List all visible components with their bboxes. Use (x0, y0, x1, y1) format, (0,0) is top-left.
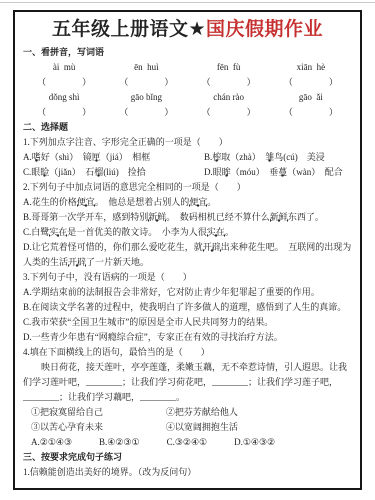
answer-bracket: （ ） (23, 105, 105, 120)
q1-option-row: A.嗜好（shì） 镜匣（jiá） 相框 B.榨取（zhà） 雏鸟(cú) 美浸 (23, 150, 352, 165)
pinyin-text: ēn huì (105, 60, 187, 75)
q4-item-2: ②把芬芳献给他人 (166, 405, 238, 420)
q4-answer-d: D.①④③② (234, 435, 275, 450)
q1-option-c: C.眼睑（jiǎn） 石榴(liú) 捡拾 (23, 165, 204, 180)
q4-answer-a: A.②①④③ (31, 435, 72, 450)
answer-bracket: （ ） (105, 75, 187, 90)
q4-stem: 4.填在下面横线上的语句，最恰当的是（ ） (23, 345, 352, 360)
page-top-divider (0, 2, 375, 3)
q3-option-a: A.学期结束前的法制报告会非常好，它对防止青少年犯罪起了重要的作用。 (23, 285, 352, 300)
q4-item-3: ③以苦心孕育未来 (31, 420, 166, 435)
section-choice-heading: 二、选择题 (23, 120, 352, 135)
q3-option-b: B.在阅读文学名著的过程中，使我明白了许多做人的道理，感悟到了人生的真谛。 (23, 300, 352, 315)
q4-answer-b: B.④②③① (99, 435, 140, 450)
q1-stem: 1.下列加点字注音、字形完全正确的一项是（ ） (23, 135, 352, 150)
section-pinyin-heading: 一、看拼音，写词语 (23, 45, 352, 60)
worksheet-frame: 五年级上册语文★国庆假期作业 一、看拼音，写词语 ài mù ēn huì fē… (13, 10, 362, 490)
pinyin-text: gāo bǐng (105, 90, 187, 105)
q3-stem: 3.下列句子中，没有语病的一项是（ ） (23, 270, 352, 285)
q3-option-d: D.一些青少年患有“网瘾综合症”，专家正在有效的寻找治疗方法。 (23, 330, 352, 345)
worksheet-page: 五年级上册语文★国庆假期作业 一、看拼音，写词语 ài mù ēn huì fē… (0, 0, 375, 500)
q2-stem: 2.下列句子中加点词语的意思完全相同的一项是（ ） (23, 180, 352, 195)
q4-item-row: ③以苦心孕育未来 ④以宽阔拥抱生活 (23, 420, 352, 435)
pinyin-grid: ài mù ēn huì fēn fù xiān hè （ ） （ ） （ ） … (23, 60, 352, 120)
q4-answer-row: A.②①④③ B.④②③① C.③②④① D.①④③② (23, 435, 352, 450)
q1-option-row: C.眼睑（jiǎn） 石榴(liú) 捡拾 D.眼眸（móu） 垂蔓（wàn） … (23, 165, 352, 180)
q2-option-c: C.白鹭实在是一首优美的散文诗。 小李为人很实在。 (23, 225, 352, 240)
sentence-item-1: 1.信赖能创造出美好的境界。（改为反问句） (23, 465, 352, 480)
q4-item-1: ①把寂寞留给自己 (31, 405, 166, 420)
q3-option-c: C.我市荣获“全国卫生城市”的原因是全市人民共同努力的结果。 (23, 315, 352, 330)
pinyin-text: chán rào (188, 90, 270, 105)
q1-option-d: D.眼眸（móu） 垂蔓（wàn） 配合 (204, 165, 343, 180)
pinyin-text: fēn fù (188, 60, 270, 75)
answer-bracket: （ ） (270, 105, 352, 120)
pinyin-text: ài mù (23, 60, 105, 75)
q4-answer-c: C.③②④① (167, 435, 208, 450)
q2-option-d: D.让它荒着怪可惜的，你们那么爱吃花生，就开辟出来种花生吧。 互联网的出现为人类… (23, 240, 352, 270)
pinyin-text: xiān hè (270, 60, 352, 75)
q4-passage: 映日荷花，接天莲叶，亭亭莲蓬，柔嫩玉藕，无不牵惹诗情，引人遐思。让我们学习莲叶吧… (23, 360, 352, 405)
answer-bracket: （ ） (23, 75, 105, 90)
q1-option-b: B.榨取（zhà） 雏鸟(cú) 美浸 (204, 150, 325, 165)
answer-bracket: （ ） (270, 75, 352, 90)
page-title: 五年级上册语文★国庆假期作业 (23, 18, 352, 41)
answer-bracket: （ ） (105, 105, 187, 120)
answer-bracket: （ ） (188, 105, 270, 120)
pinyin-text: gāo ǎi (270, 90, 352, 105)
answer-bracket: （ ） (188, 75, 270, 90)
title-course-part: 五年级上册语文★ (52, 18, 206, 40)
q1-option-a: A.嗜好（shì） 镜匣（jiá） 相框 (23, 150, 204, 165)
section-sentence-heading: 三、按要求完成句子练习 (23, 450, 352, 465)
title-holiday-part: 国庆假期作业 (206, 18, 323, 40)
q2-option-a: A.花生的价格便宜。 他总是想着占别人的便宜。 (23, 195, 352, 210)
q2-option-b: B.哥哥第一次学开车，感到特别新鲜。 数码相机已经不算什么新鲜东西了。 (23, 210, 352, 225)
q4-item-row: ①把寂寞留给自己 ②把芬芳献给他人 (23, 405, 352, 420)
q4-item-4: ④以宽阔拥抱生活 (166, 420, 238, 435)
pinyin-text: dǒng shì (23, 90, 105, 105)
